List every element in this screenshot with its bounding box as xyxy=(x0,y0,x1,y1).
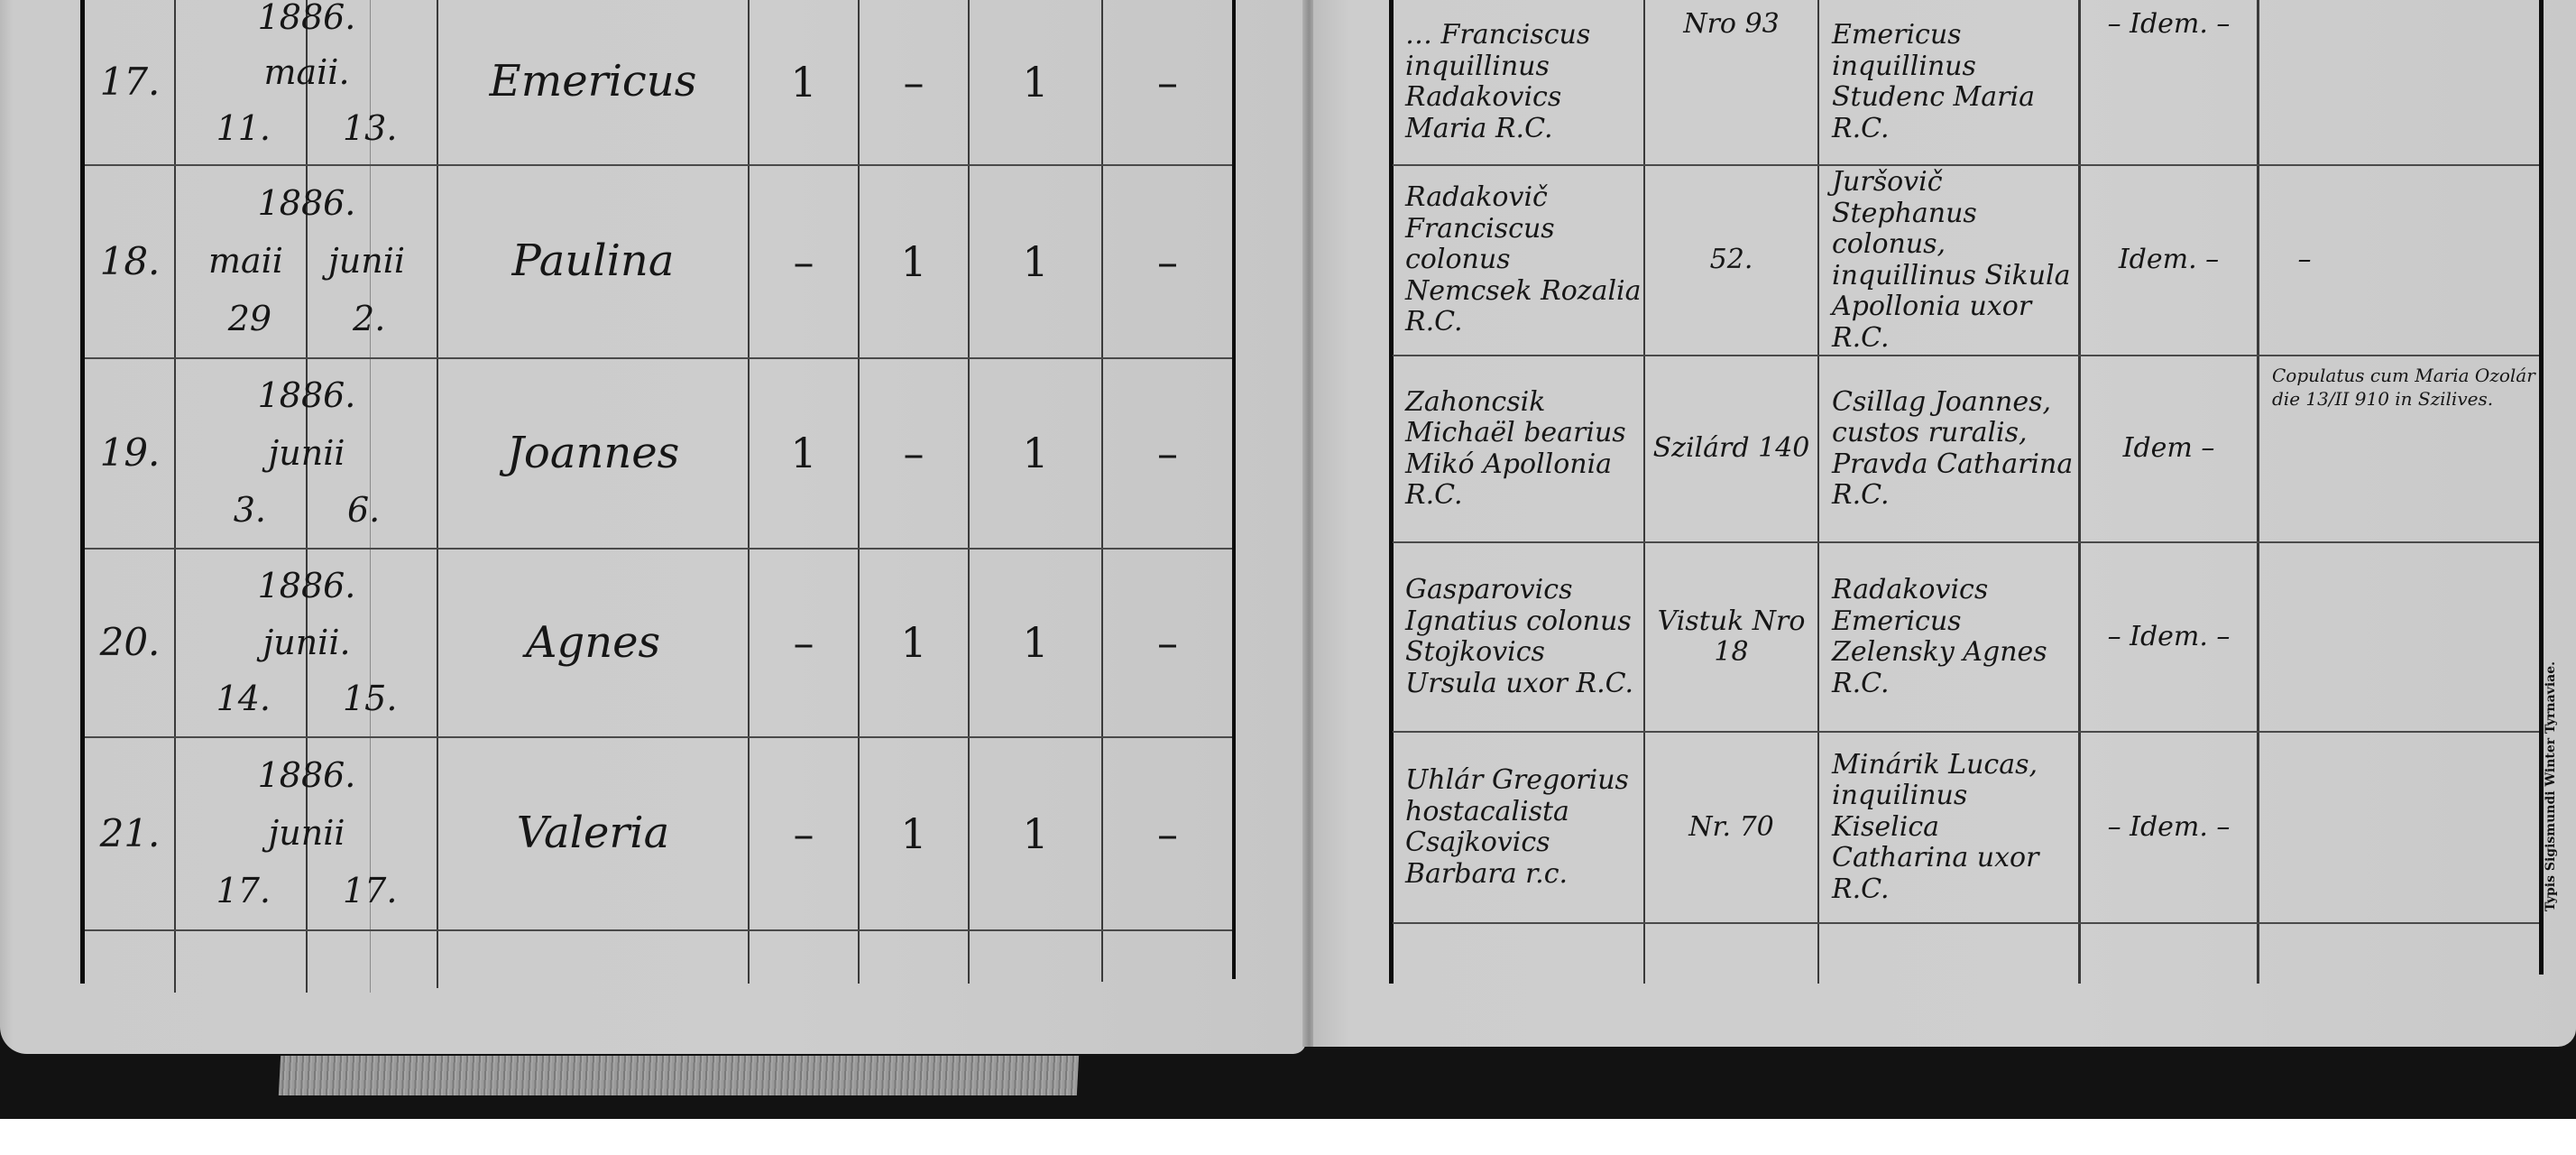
sex-male: 1 xyxy=(750,359,858,548)
date-cell: 1886. junii 3. 6. xyxy=(176,359,437,548)
legitimate: 1 xyxy=(970,166,1101,357)
illegitimate: – xyxy=(1103,166,1232,357)
parents: Uhlár Gregorius hostacalista Csajkovics … xyxy=(1393,733,1643,922)
minister: – Idem. – xyxy=(2081,0,2257,173)
date-cell: 1886. maii. 11. 13. xyxy=(176,0,437,164)
residence: Vistuk Nro 18 xyxy=(1645,543,1817,731)
left-page: 17. 1886. maii. 11. 13. Emericus 1 – 1 –… xyxy=(0,0,1306,1054)
illegitimate: – xyxy=(1103,738,1232,929)
residence: Szilárd 140 xyxy=(1645,356,1817,541)
entry-number: 19. xyxy=(86,359,174,548)
entry-number: 18. xyxy=(86,166,174,357)
bookmark-ribbon xyxy=(279,1056,1079,1095)
legitimate: 1 xyxy=(970,738,1101,929)
illegitimate: – xyxy=(1103,550,1232,736)
child-name: Agnes xyxy=(438,550,748,736)
godparents: Emericus inquillinus Studenc Maria R.C. xyxy=(1819,0,2078,164)
birth-day: 11. xyxy=(216,109,271,149)
entry-number: 21. xyxy=(86,738,174,929)
year: 1886. xyxy=(258,567,356,606)
remarks: – xyxy=(2259,166,2350,355)
sex-female: – xyxy=(860,0,968,164)
legitimate: 1 xyxy=(970,0,1101,164)
residence: 52. xyxy=(1645,166,1817,355)
rule xyxy=(80,0,85,984)
residence: Nro 93 xyxy=(1645,0,1817,173)
rule xyxy=(1232,0,1236,979)
child-name: Joannes xyxy=(438,359,748,548)
days: 29 2. xyxy=(228,300,386,339)
baptism-day: 2. xyxy=(353,300,385,339)
birth-day: 14. xyxy=(216,679,271,719)
month: junii. xyxy=(262,624,350,663)
parents: … Franciscus inquillinus Radakovics Mari… xyxy=(1393,0,1643,164)
sex-female: – xyxy=(860,359,968,548)
sex-female: 1 xyxy=(860,166,968,357)
sex-male: – xyxy=(750,166,858,357)
row-divider xyxy=(85,929,1232,931)
date-cell: 1886. junii 17. 17. xyxy=(176,738,437,929)
sex-male: – xyxy=(750,738,858,929)
birth-day: 29 xyxy=(228,300,271,339)
illegitimate: – xyxy=(1103,359,1232,548)
row-divider xyxy=(1393,922,2539,924)
year: 1886. xyxy=(258,756,356,796)
month-birth: maii xyxy=(208,242,283,282)
date-cell: 1886. maii junii 29 2. xyxy=(176,166,437,357)
year: 1886. xyxy=(258,376,356,416)
parents: Radakovič Franciscus colonus Nemcsek Roz… xyxy=(1393,166,1643,355)
remarks xyxy=(2259,0,2539,164)
month-baptism: junii xyxy=(328,242,405,282)
minister: – Idem. – xyxy=(2081,733,2257,922)
minister: Idem. – xyxy=(2081,166,2257,355)
entry-number: 17. xyxy=(86,0,174,164)
sex-female: 1 xyxy=(860,738,968,929)
godparents: Minárik Lucas, inquilinus Kiselica Catha… xyxy=(1819,733,2078,922)
minister: Idem – xyxy=(2081,356,2257,541)
year: 1886. xyxy=(258,0,356,37)
birth-day: 17. xyxy=(216,872,271,911)
remarks xyxy=(2259,733,2539,922)
days: 3. 6. xyxy=(234,491,381,531)
days: 11. 13. xyxy=(216,109,398,149)
month: junii xyxy=(268,434,345,474)
child-name: Paulina xyxy=(438,166,748,357)
residence: Nr. 70 xyxy=(1645,733,1817,922)
sex-female: 1 xyxy=(860,550,968,736)
godparents: Csillag Joannes, custos ruralis, Pravda … xyxy=(1819,356,2078,541)
printer-imprint: Typis Sigismundi Winter Tyrnaviae. xyxy=(2544,661,2558,911)
baptism-day: 6. xyxy=(347,491,380,531)
godparents: Radakovics Emericus Zelensky Agnes R.C. xyxy=(1819,543,2078,731)
minister: – Idem. – xyxy=(2081,543,2257,731)
months: maii junii xyxy=(208,242,405,282)
sex-male: – xyxy=(750,550,858,736)
sex-male: 1 xyxy=(750,0,858,164)
parents: Zahoncsik Michaël bearius Mikó Apollonia… xyxy=(1393,356,1643,541)
child-name: Emericus xyxy=(438,0,748,164)
baptism-day: 17. xyxy=(343,872,397,911)
date-cell: 1886. junii. 14. 15. xyxy=(176,550,437,736)
year: 1886. xyxy=(258,184,356,224)
days: 17. 17. xyxy=(216,872,398,911)
birth-day: 3. xyxy=(234,491,266,531)
illegitimate: – xyxy=(1103,0,1232,164)
legitimate: 1 xyxy=(970,550,1101,736)
baptism-day: 13. xyxy=(343,109,397,149)
right-page: … Franciscus inquillinus Radakovics Mari… xyxy=(1313,0,2576,1047)
baptism-day: 15. xyxy=(343,679,397,719)
legitimate: 1 xyxy=(970,359,1101,548)
days: 14. 15. xyxy=(216,679,398,719)
godparents: Juršovič Stephanus colonus, inquillinus … xyxy=(1819,166,2078,355)
month: junii xyxy=(268,814,345,854)
remarks xyxy=(2259,543,2539,731)
parents: Gasparovics Ignatius colonus Stojkovics … xyxy=(1393,543,1643,731)
child-name: Valeria xyxy=(438,738,748,929)
entry-number: 20. xyxy=(86,550,174,736)
month: maii. xyxy=(263,53,349,93)
remarks: Copulatus cum Maria Ozolár die 13/II 910… xyxy=(2259,356,2539,541)
